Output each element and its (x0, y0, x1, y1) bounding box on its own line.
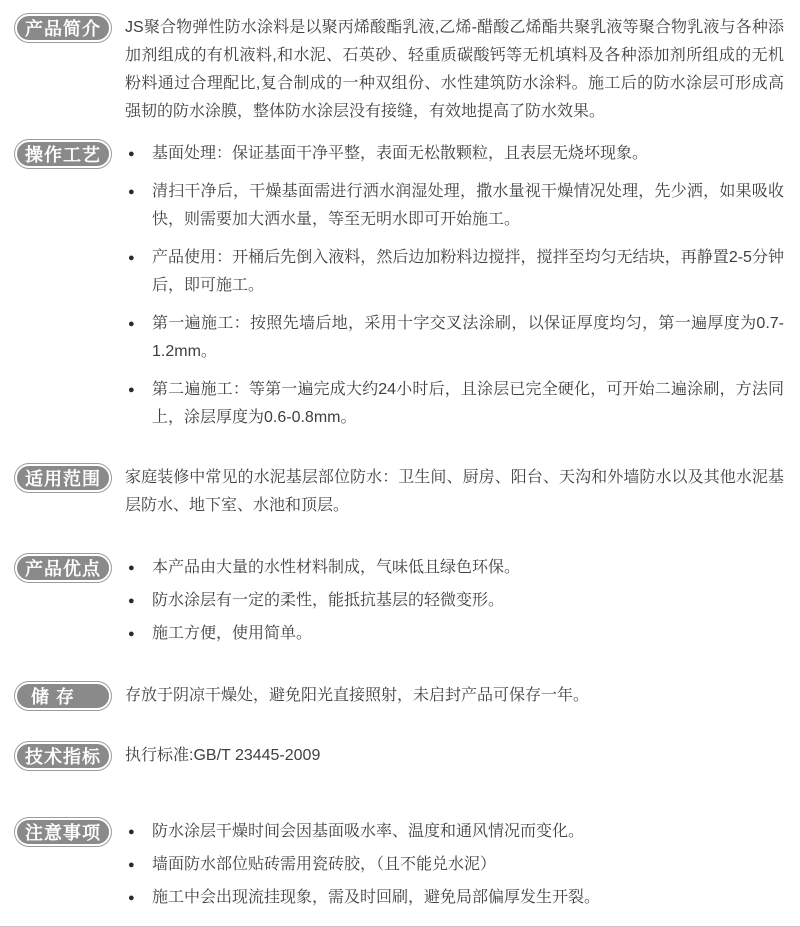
section-paragraph: JS聚合物弹性防水涂料是以聚丙烯酸酯乳液,乙烯-醋酸乙烯酯共聚乳液等聚合物乳液与… (125, 14, 784, 126)
bullet-item: ●施工方便，使用简单。 (125, 620, 784, 648)
bullet-icon: ● (125, 818, 152, 846)
bullet-text: 产品使用：开桶后先倒入液料，然后边加粉料边搅拌，搅拌至均匀无结块，再静置2-5分… (152, 244, 784, 300)
bullet-icon: ● (125, 620, 152, 648)
bullet-text: 施工方便，使用简单。 (152, 620, 784, 648)
bullet-icon: ● (125, 376, 152, 404)
section-product-advantages: 产品优点 ●本产品由大量的水性材料制成，气味低且绿色环保。●防水涂层有一定的柔性… (0, 554, 800, 648)
bullet-item: ●清扫干净后，干燥基面需进行洒水润湿处理，撒水量视干燥情况处理，先少洒，如果吸收… (125, 178, 784, 234)
section-paragraph: 家庭装修中常见的水泥基层部位防水：卫生间、厨房、阳台、天沟和外墙防水以及其他水泥… (125, 464, 784, 520)
bullet-icon: ● (125, 244, 152, 272)
section-badge-operation-process: 操作工艺 (15, 140, 111, 168)
bullet-list: ●防水涂层干燥时间会因基面吸水率、温度和通风情况而变化。●墙面防水部位贴砖需用瓷… (125, 818, 784, 912)
section-badge-column: 技术指标 (0, 742, 125, 770)
section-badge-storage: 储 存 (15, 682, 111, 710)
section-applicable-scope: 适用范围 家庭装修中常见的水泥基层部位防水：卫生间、厨房、阳台、天沟和外墙防水以… (0, 464, 800, 520)
bullet-item: ●基面处理：保证基面干净平整，表面无松散颗粒，且表层无烧坏现象。 (125, 140, 784, 168)
section-content: ●防水涂层干燥时间会因基面吸水率、温度和通风情况而变化。●墙面防水部位贴砖需用瓷… (125, 818, 800, 912)
bullet-item: ●第一遍施工：按照先墙后地，采用十字交叉法涂刷，以保证厚度均匀，第一遍厚度为0.… (125, 310, 784, 366)
bullet-item: ●防水涂层有一定的柔性，能抵抗基层的轻微变形。 (125, 587, 784, 615)
section-content: ●基面处理：保证基面干净平整，表面无松散颗粒，且表层无烧坏现象。●清扫干净后，干… (125, 140, 800, 432)
section-badge-column: 产品优点 (0, 554, 125, 582)
bullet-text: 第一遍施工：按照先墙后地，采用十字交叉法涂刷，以保证厚度均匀，第一遍厚度为0.7… (152, 310, 784, 366)
section-storage: 储 存 存放于阴凉干燥处，避免阳光直接照射，未启封产品可保存一年。 (0, 682, 800, 710)
section-content: JS聚合物弹性防水涂料是以聚丙烯酸酯乳液,乙烯-醋酸乙烯酯共聚乳液等聚合物乳液与… (125, 14, 800, 126)
section-content: 执行标准:GB/T 23445-2009 (125, 742, 800, 770)
bullet-text: 基面处理：保证基面干净平整，表面无松散颗粒，且表层无烧坏现象。 (152, 140, 784, 168)
section-paragraph: 执行标准:GB/T 23445-2009 (125, 742, 784, 770)
bullet-text: 防水涂层有一定的柔性，能抵抗基层的轻微变形。 (152, 587, 784, 615)
section-operation-process: 操作工艺 ●基面处理：保证基面干净平整，表面无松散颗粒，且表层无烧坏现象。●清扫… (0, 140, 800, 432)
bullet-icon: ● (125, 140, 152, 168)
bullet-item: ●第二遍施工：等第一遍完成大约24小时后，且涂层已完全硬化，可开始二遍涂刷，方法… (125, 376, 784, 432)
section-badge-technical-specs: 技术指标 (15, 742, 111, 770)
bullet-icon: ● (125, 178, 152, 206)
bullet-icon: ● (125, 310, 152, 338)
bullet-icon: ● (125, 554, 152, 582)
bullet-item: ●本产品由大量的水性材料制成，气味低且绿色环保。 (125, 554, 784, 582)
bullet-icon: ● (125, 851, 152, 879)
bullet-text: 防水涂层干燥时间会因基面吸水率、温度和通风情况而变化。 (152, 818, 784, 846)
section-badge-column: 产品简介 (0, 14, 125, 42)
bullet-icon: ● (125, 884, 152, 912)
section-badge-precautions: 注意事项 (15, 818, 111, 846)
bullet-text: 第二遍施工：等第一遍完成大约24小时后，且涂层已完全硬化，可开始二遍涂刷，方法同… (152, 376, 784, 432)
sections-container: 产品简介 JS聚合物弹性防水涂料是以聚丙烯酸酯乳液,乙烯-醋酸乙烯酯共聚乳液等聚… (0, 14, 800, 912)
section-technical-specs: 技术指标 执行标准:GB/T 23445-2009 (0, 742, 800, 770)
section-badge-column: 适用范围 (0, 464, 125, 492)
bullet-item: ●墙面防水部位贴砖需用瓷砖胶，（且不能兑水泥） (125, 851, 784, 879)
bullet-text: 墙面防水部位贴砖需用瓷砖胶，（且不能兑水泥） (152, 851, 784, 879)
bullet-item: ●施工中会出现流挂现象，需及时回刷，避免局部偏厚发生开裂。 (125, 884, 784, 912)
bullet-list: ●本产品由大量的水性材料制成，气味低且绿色环保。●防水涂层有一定的柔性，能抵抗基… (125, 554, 784, 648)
product-detail-page: 产品简介 JS聚合物弹性防水涂料是以聚丙烯酸酯乳液,乙烯-醋酸乙烯酯共聚乳液等聚… (0, 0, 800, 927)
section-precautions: 注意事项 ●防水涂层干燥时间会因基面吸水率、温度和通风情况而变化。●墙面防水部位… (0, 818, 800, 912)
bullet-icon: ● (125, 587, 152, 615)
section-product-intro: 产品简介 JS聚合物弹性防水涂料是以聚丙烯酸酯乳液,乙烯-醋酸乙烯酯共聚乳液等聚… (0, 14, 800, 126)
section-badge-column: 储 存 (0, 682, 125, 710)
bullet-list: ●基面处理：保证基面干净平整，表面无松散颗粒，且表层无烧坏现象。●清扫干净后，干… (125, 140, 784, 432)
section-badge-column: 操作工艺 (0, 140, 125, 168)
section-content: 家庭装修中常见的水泥基层部位防水：卫生间、厨房、阳台、天沟和外墙防水以及其他水泥… (125, 464, 800, 520)
bullet-text: 本产品由大量的水性材料制成，气味低且绿色环保。 (152, 554, 784, 582)
bullet-item: ●产品使用：开桶后先倒入液料，然后边加粉料边搅拌，搅拌至均匀无结块，再静置2-5… (125, 244, 784, 300)
section-badge-applicable-scope: 适用范围 (15, 464, 111, 492)
section-badge-product-intro: 产品简介 (15, 14, 111, 42)
section-badge-column: 注意事项 (0, 818, 125, 846)
bullet-item: ●防水涂层干燥时间会因基面吸水率、温度和通风情况而变化。 (125, 818, 784, 846)
section-badge-product-advantages: 产品优点 (15, 554, 111, 582)
section-content: 存放于阴凉干燥处，避免阳光直接照射，未启封产品可保存一年。 (125, 682, 800, 710)
bullet-text: 施工中会出现流挂现象，需及时回刷，避免局部偏厚发生开裂。 (152, 884, 784, 912)
section-paragraph: 存放于阴凉干燥处，避免阳光直接照射，未启封产品可保存一年。 (125, 682, 784, 710)
bullet-text: 清扫干净后，干燥基面需进行洒水润湿处理，撒水量视干燥情况处理，先少洒，如果吸收快… (152, 178, 784, 234)
section-content: ●本产品由大量的水性材料制成，气味低且绿色环保。●防水涂层有一定的柔性，能抵抗基… (125, 554, 800, 648)
